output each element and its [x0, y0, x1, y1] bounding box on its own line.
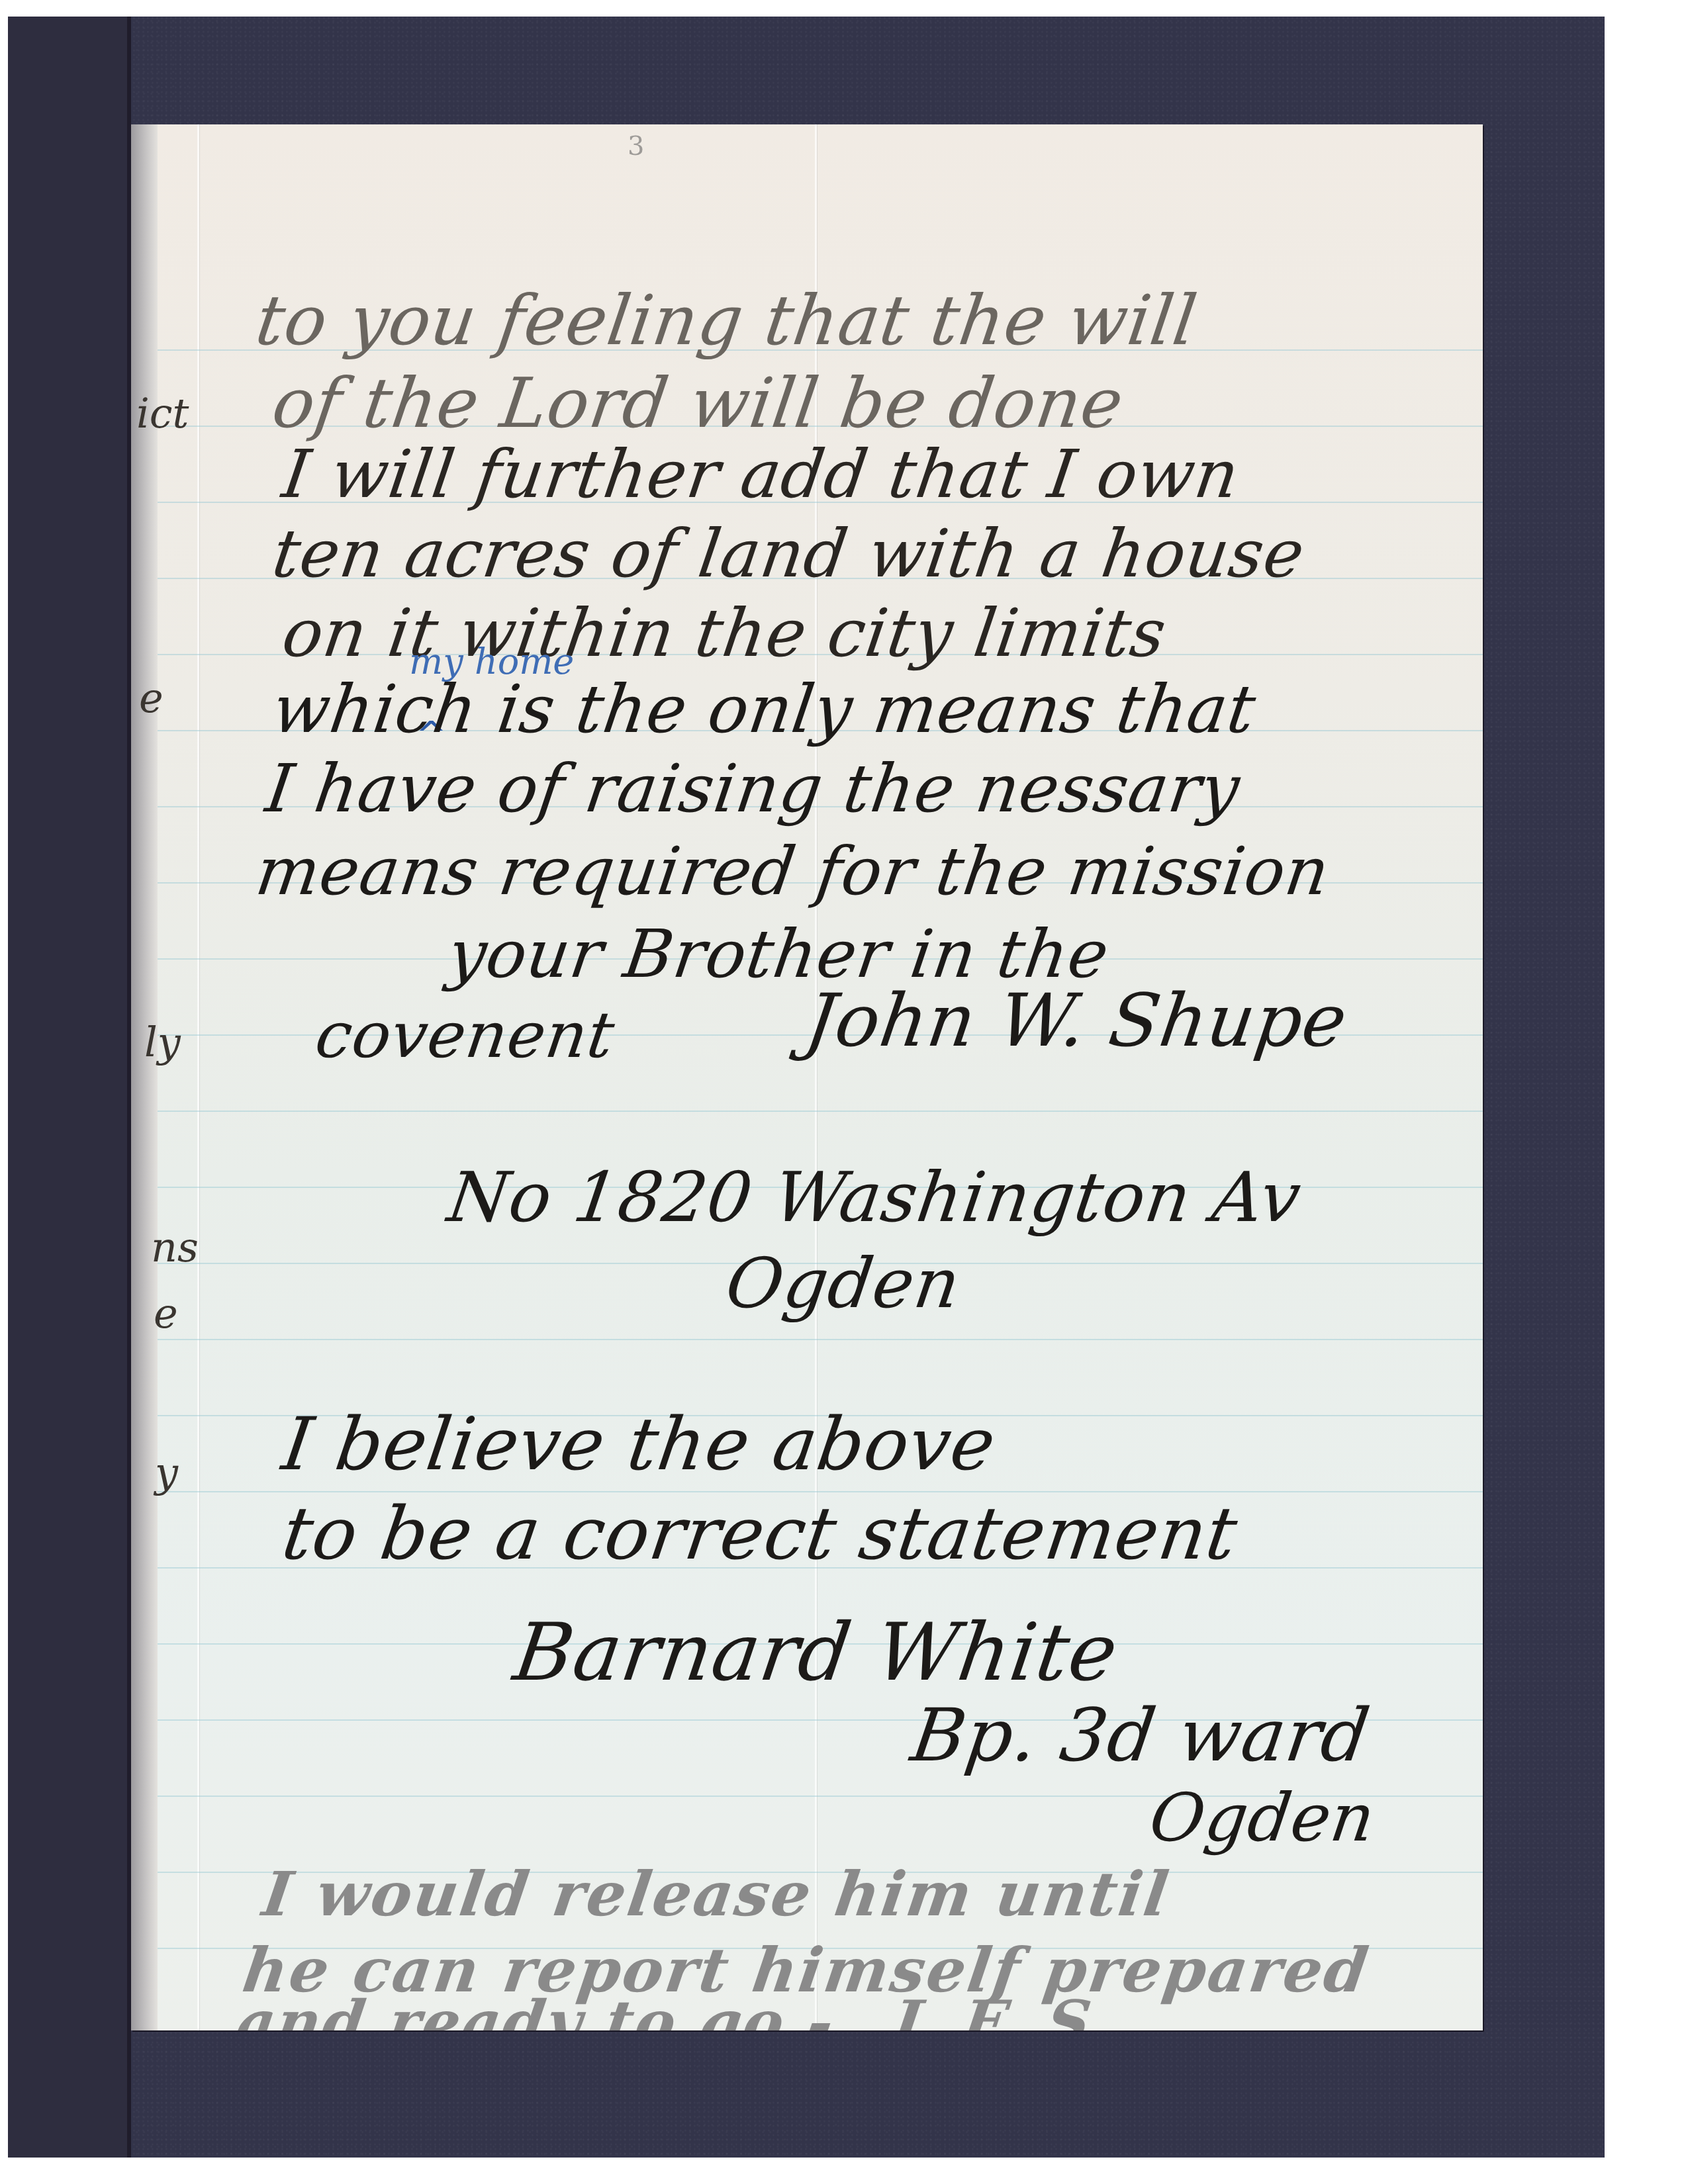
- letter-page: 3 ict e ly ns e y to you feeling that th…: [131, 124, 1483, 2030]
- margin-fragment: e: [154, 1289, 178, 1338]
- margin-fragment: ict: [136, 389, 189, 437]
- letter-line: I will further add that I own: [278, 435, 1244, 513]
- letter-line: of the Lord will be done: [267, 363, 1128, 443]
- pencil-note-initials: J. F. S.: [888, 1987, 1118, 2030]
- letter-line: ten acres of land with a house: [268, 515, 1309, 592]
- bishop-title: Bp. 3d ward: [906, 1693, 1375, 1778]
- writer-signature: John W. Shupe: [800, 978, 1352, 1063]
- endorsement-line: I believe the above: [277, 1402, 1001, 1486]
- paper-fold-line: [197, 124, 199, 2030]
- backing-board-spine: [8, 17, 131, 2158]
- bishop-city: Ogden: [1145, 1779, 1380, 1856]
- letter-line: which is the only means that: [268, 670, 1261, 748]
- endorsement-line: to be a correct statement: [277, 1491, 1243, 1576]
- margin-fragment: ns: [151, 1223, 199, 1271]
- page-number: 3: [628, 131, 644, 161]
- ruled-line: [158, 1339, 1483, 1340]
- margin-fragment: y: [155, 1448, 178, 1496]
- closing-line: covenent: [311, 998, 619, 1072]
- address-street: No 1820 Washington Av: [443, 1157, 1306, 1238]
- pencil-note-line: and ready to go -: [232, 1987, 840, 2030]
- bishop-signature: Barnard White: [508, 1607, 1123, 1699]
- ruled-line: [158, 1111, 1483, 1112]
- letter-line: to you feeling that the will: [251, 280, 1202, 361]
- pencil-note-line: I would release him until: [258, 1858, 1174, 1930]
- margin-fragment: ly: [144, 1018, 181, 1066]
- letter-line: I have of raising the nessary: [261, 750, 1245, 827]
- address-city: Ogden: [721, 1243, 965, 1324]
- margin-fragment: e: [139, 674, 164, 722]
- letter-line: means required for the mission: [252, 833, 1335, 910]
